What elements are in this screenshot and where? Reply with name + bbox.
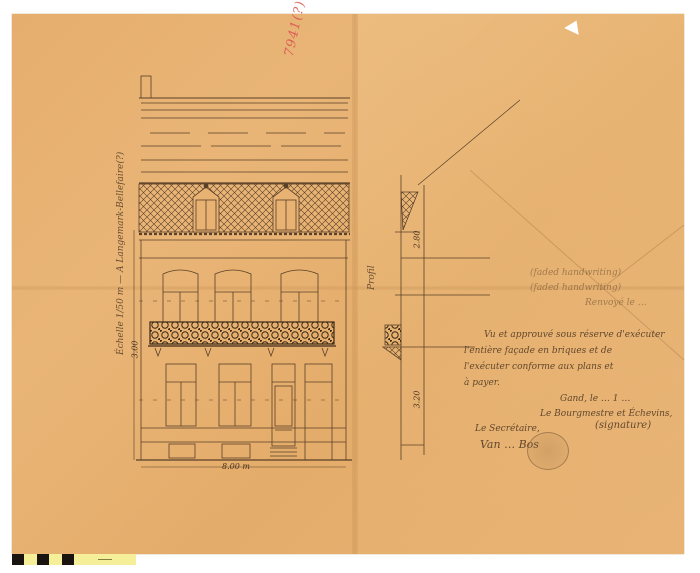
approval-date: Gand, le … 1 … [560,394,630,404]
approval-line-2: l'entière façade en briques et de [464,346,612,356]
color-scale-bar [12,554,136,565]
faded-note-line-3: Renvoyé le … [585,298,647,308]
official-seal [527,432,569,470]
faded-note-line-2: (faded handwriting) [530,283,621,293]
vertical-annotation-left: Échelle 1/50 m — A Langemark-Bellefaire(… [116,152,126,355]
side-section [383,100,520,460]
approval-line-1: Vu et approuvé sous réserve d'exécuter [484,330,665,340]
approval-line-4: à payer. [464,378,500,388]
approval-line-3: l'exécuter conforme aux plans et [464,362,613,372]
height-dimension-3: 3.20 [412,391,421,409]
scale-gap-2 [49,554,62,565]
scale-gap-1 [24,554,37,565]
scale-square-2 [37,554,49,565]
secretary-label: Le Secrétaire, [475,424,540,434]
faded-note-line-1: (faded handwriting) [530,268,621,278]
mayor-signature: (signature) [595,420,651,431]
width-dimension: 8.00 m [222,462,250,471]
height-dimension-2: 2.80 [412,231,421,249]
approval-signatory: Le Bourgmestre et Échevins, [540,409,672,419]
front-elevation [134,76,352,467]
scale-square-1 [12,554,24,565]
scale-square-3 [62,554,74,565]
vertical-annotation-section: Profil [367,265,377,290]
scale-bar-tail [74,554,136,565]
height-dimension-1: 3.00 [130,341,139,359]
